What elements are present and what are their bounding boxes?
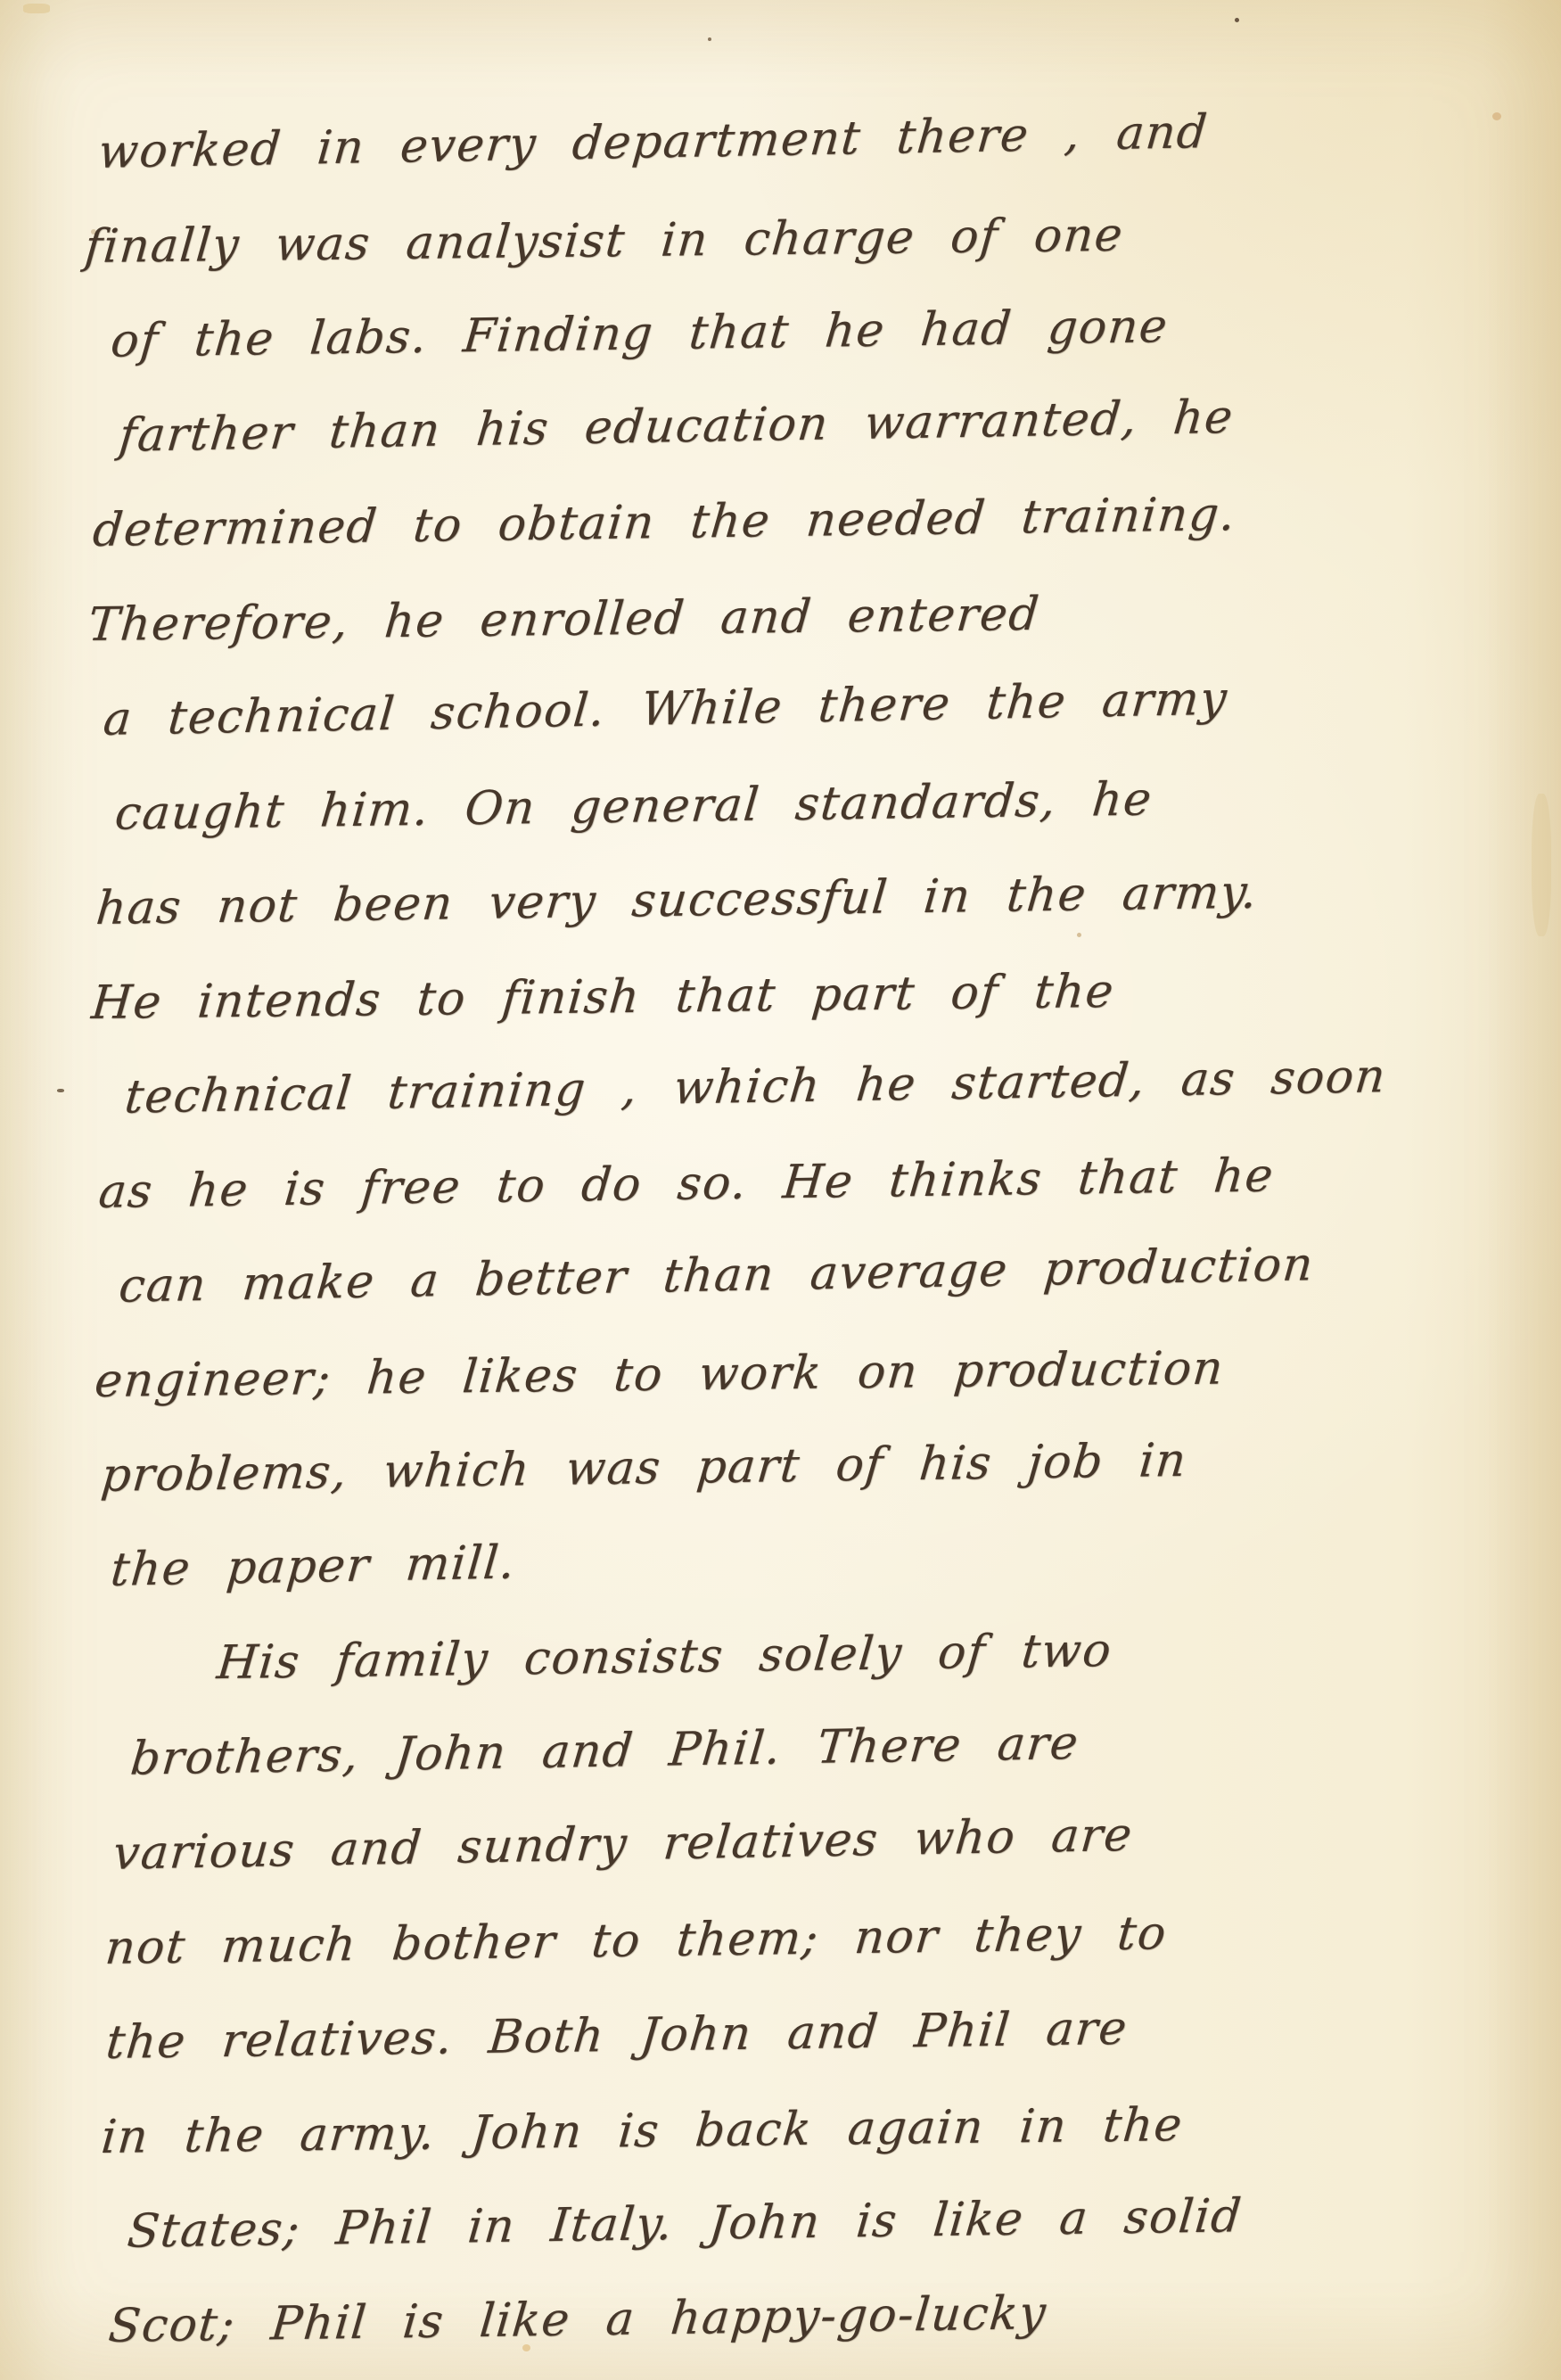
paper-speck <box>57 1089 64 1092</box>
handwritten-line: the relatives. Both John and Phil are <box>102 1976 1532 2090</box>
paper-speck <box>1235 18 1239 22</box>
paper-edge-discoloration <box>1532 794 1551 936</box>
handwritten-line: has not been very successful in the army… <box>92 842 1523 956</box>
handwritten-page: worked in every department there , andfi… <box>0 0 1561 2380</box>
handwritten-line: worked in every department there , and <box>94 79 1517 200</box>
handwritten-line: determined to obtain the needed training… <box>89 464 1520 578</box>
paper-stain <box>23 4 50 13</box>
handwriting-text-block: worked in every department there , andfi… <box>86 93 1527 2374</box>
paper-speck <box>708 37 711 41</box>
handwritten-line: Scot; Phil is like a happy-go-lucky <box>104 2260 1535 2374</box>
